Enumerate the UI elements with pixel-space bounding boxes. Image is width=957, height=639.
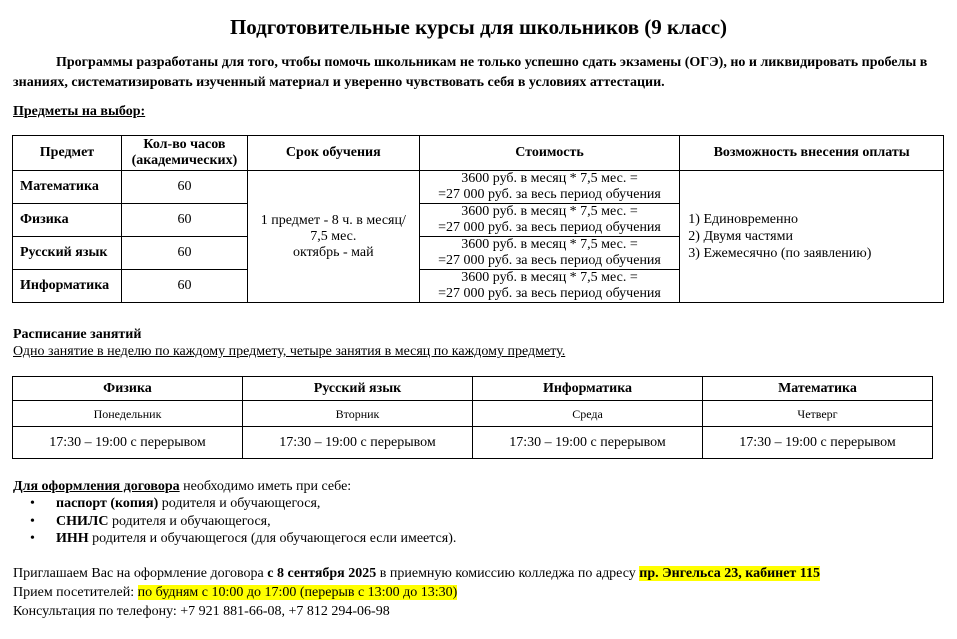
cost-line1: 3600 руб. в месяц * 7,5 мес. = bbox=[420, 171, 680, 187]
contract-lead-bold: Для оформления договора bbox=[13, 479, 180, 494]
document-detail: родителя и обучающегося, bbox=[158, 496, 320, 511]
contract-lead-rest: необходимо иметь при себе: bbox=[180, 479, 352, 494]
invitation-address: пр. Энгельса 23, кабинет 115 bbox=[639, 566, 820, 581]
document-name: паспорт (копия) bbox=[56, 496, 158, 511]
cost-line1: 3600 руб. в месяц * 7,5 мес. = bbox=[420, 270, 680, 286]
schedule-day: Четверг bbox=[703, 401, 933, 427]
hours-cell: 60 bbox=[121, 270, 247, 303]
header-hours-line1: Кол-во часов bbox=[122, 137, 247, 153]
courses-table: Предмет Кол-во часов (академических) Сро… bbox=[12, 135, 944, 303]
page-title: Подготовительные курсы для школьников (9… bbox=[0, 14, 957, 40]
schedule-subject: Физика bbox=[13, 377, 243, 401]
schedule-subject: Русский язык bbox=[243, 377, 473, 401]
cost-line2: =27 000 руб. за весь период обучения bbox=[420, 286, 680, 302]
document-detail: родителя и обучающегося (для обучающегос… bbox=[89, 531, 457, 546]
term-line1: 1 предмет - 8 ч. в месяц/ bbox=[248, 213, 419, 229]
payment-option: 2) Двумя частями bbox=[688, 228, 943, 245]
subject-cell: Физика bbox=[13, 204, 122, 237]
invitation-date: с 8 сентября 2025 bbox=[267, 566, 376, 581]
schedule-subject-row: Физика Русский язык Информатика Математи… bbox=[13, 377, 933, 401]
bullet-icon: • bbox=[30, 530, 35, 548]
subject-cell: Математика bbox=[13, 171, 122, 204]
contract-requirements-lead: Для оформления договора необходимо иметь… bbox=[13, 478, 351, 495]
schedule-day: Понедельник bbox=[13, 401, 243, 427]
cost-cell: 3600 руб. в месяц * 7,5 мес. = =27 000 р… bbox=[419, 237, 680, 270]
header-subject: Предмет bbox=[13, 136, 122, 171]
subjects-label: Предметы на выбор: bbox=[13, 103, 145, 121]
schedule-time: 17:30 – 19:00 с перерывом bbox=[243, 427, 473, 459]
phone-numbers: +7 921 881-66-08, +7 812 294-06-98 bbox=[180, 604, 389, 619]
list-item: • паспорт (копия) родителя и обучающегос… bbox=[13, 495, 456, 513]
cost-line1: 3600 руб. в месяц * 7,5 мес. = bbox=[420, 204, 680, 220]
cost-cell: 3600 руб. в месяц * 7,5 мес. = =27 000 р… bbox=[419, 270, 680, 303]
reception-line: Прием посетителей: по будням с 10:00 до … bbox=[13, 584, 457, 602]
schedule-title: Расписание занятий bbox=[13, 326, 141, 343]
schedule-subject: Математика bbox=[703, 377, 933, 401]
list-item: • ИНН родителя и обучающегося (для обуча… bbox=[13, 530, 456, 548]
courses-header-row: Предмет Кол-во часов (академических) Сро… bbox=[13, 136, 944, 171]
term-line3: октябрь - май bbox=[248, 245, 419, 261]
schedule-time: 17:30 – 19:00 с перерывом bbox=[703, 427, 933, 459]
payment-options-cell: 1) Единовременно 2) Двумя частями 3) Еже… bbox=[680, 171, 944, 303]
invitation-text-2: в приемную комиссию колледжа по адресу bbox=[376, 566, 639, 581]
hours-cell: 60 bbox=[121, 204, 247, 237]
invitation-line: Приглашаем Вас на оформление договора с … bbox=[13, 565, 820, 583]
term-line2: 7,5 мес. bbox=[248, 229, 419, 245]
invitation-text: Приглашаем Вас на оформление договора bbox=[13, 566, 267, 581]
header-cost: Стоимость bbox=[419, 136, 680, 171]
phone-label: Консультация по телефону: bbox=[13, 604, 180, 619]
schedule-time: 17:30 – 19:00 с перерывом bbox=[13, 427, 243, 459]
subject-cell: Русский язык bbox=[13, 237, 122, 270]
bullet-icon: • bbox=[30, 495, 35, 513]
cost-cell: 3600 руб. в месяц * 7,5 мес. = =27 000 р… bbox=[419, 204, 680, 237]
hours-cell: 60 bbox=[121, 171, 247, 204]
reception-hours: по будням с 10:00 до 17:00 (перерыв с 13… bbox=[138, 585, 458, 600]
header-hours-line2: (академических) bbox=[122, 153, 247, 169]
subject-cell: Информатика bbox=[13, 270, 122, 303]
list-item: • СНИЛС родителя и обучающегося, bbox=[13, 513, 456, 531]
header-hours: Кол-во часов (академических) bbox=[121, 136, 247, 171]
table-row: Математика 60 1 предмет - 8 ч. в месяц/ … bbox=[13, 171, 944, 204]
header-payment: Возможность внесения оплаты bbox=[680, 136, 944, 171]
schedule-subject: Информатика bbox=[473, 377, 703, 401]
payment-option: 1) Единовременно bbox=[688, 211, 943, 228]
reception-label: Прием посетителей: bbox=[13, 585, 138, 600]
schedule-table: Физика Русский язык Информатика Математи… bbox=[12, 376, 933, 459]
schedule-day: Вторник bbox=[243, 401, 473, 427]
term-cell: 1 предмет - 8 ч. в месяц/ 7,5 мес. октяб… bbox=[247, 171, 419, 303]
cost-cell: 3600 руб. в месяц * 7,5 мес. = =27 000 р… bbox=[419, 171, 680, 204]
cost-line2: =27 000 руб. за весь период обучения bbox=[420, 253, 680, 269]
header-term: Срок обучения bbox=[247, 136, 419, 171]
schedule-time-row: 17:30 – 19:00 с перерывом 17:30 – 19:00 … bbox=[13, 427, 933, 459]
cost-line2: =27 000 руб. за весь период обучения bbox=[420, 220, 680, 236]
cost-line2: =27 000 руб. за весь период обучения bbox=[420, 187, 680, 203]
schedule-note: Одно занятие в неделю по каждому предмет… bbox=[13, 343, 565, 361]
phone-line: Консультация по телефону: +7 921 881-66-… bbox=[13, 603, 390, 621]
schedule-time: 17:30 – 19:00 с перерывом bbox=[473, 427, 703, 459]
document-detail: родителя и обучающегося, bbox=[108, 514, 270, 529]
cost-line1: 3600 руб. в месяц * 7,5 мес. = bbox=[420, 237, 680, 253]
required-documents-list: • паспорт (копия) родителя и обучающегос… bbox=[13, 495, 456, 548]
payment-option: 3) Ежемесячно (по заявлению) bbox=[688, 245, 943, 262]
bullet-icon: • bbox=[30, 513, 35, 531]
intro-paragraph: Программы разработаны для того, чтобы по… bbox=[13, 53, 943, 93]
schedule-day-row: Понедельник Вторник Среда Четверг bbox=[13, 401, 933, 427]
hours-cell: 60 bbox=[121, 237, 247, 270]
document-name: СНИЛС bbox=[56, 514, 108, 529]
schedule-day: Среда bbox=[473, 401, 703, 427]
document-name: ИНН bbox=[56, 531, 89, 546]
